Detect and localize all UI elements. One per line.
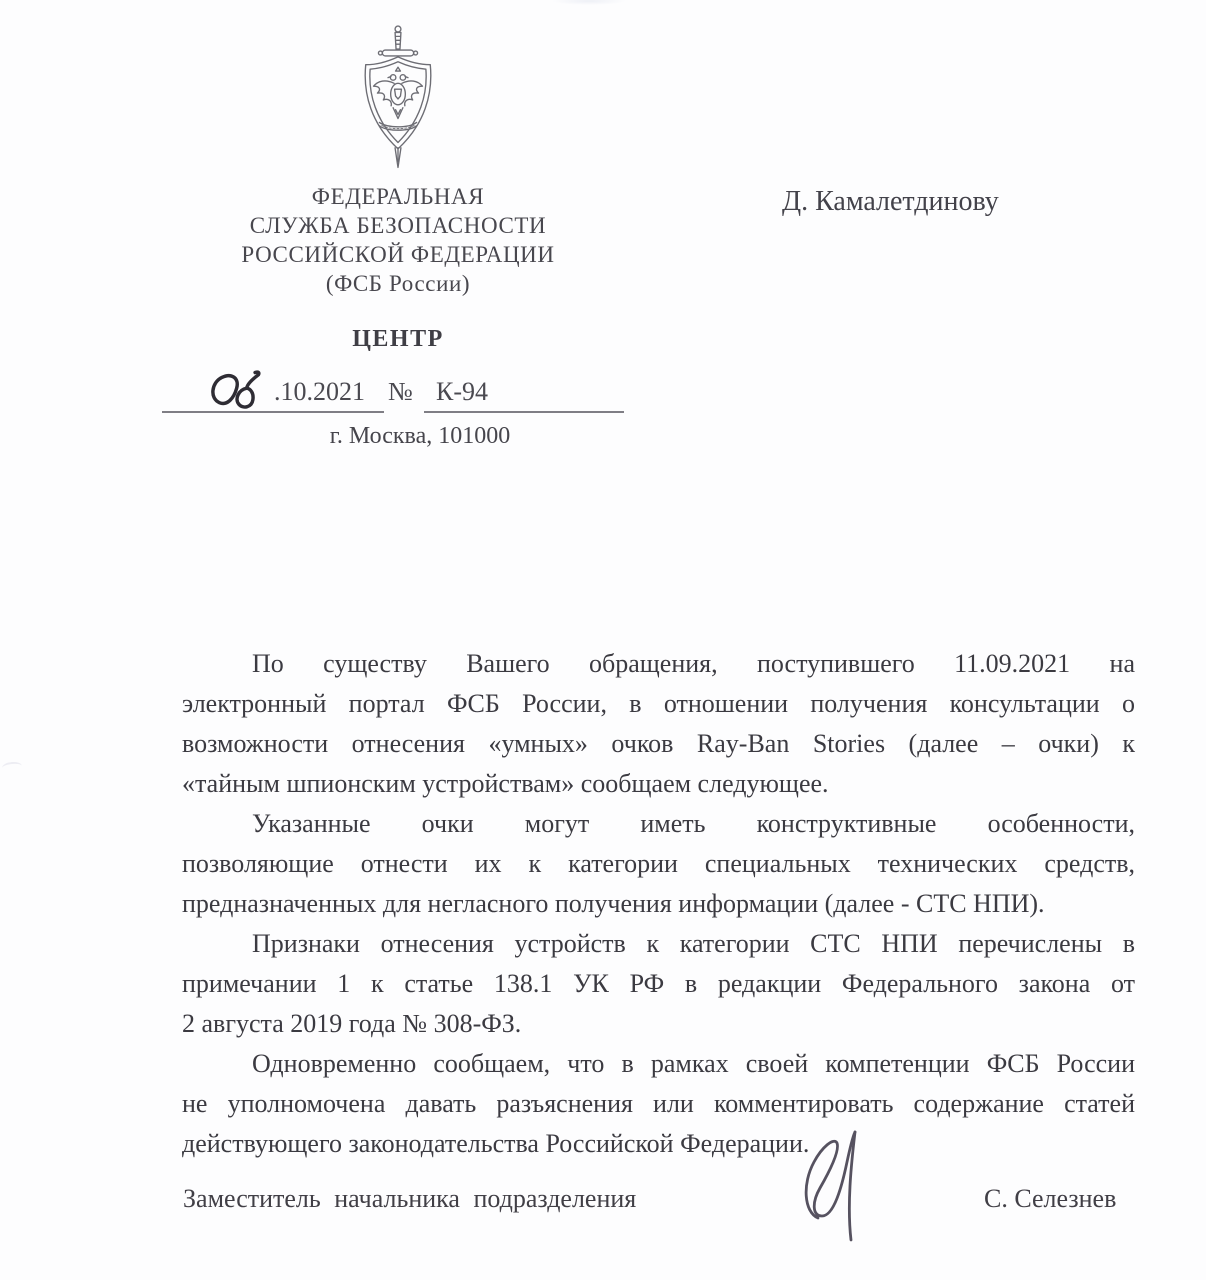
body-line: Признаки отнесения устройств к категории… xyxy=(182,924,1135,964)
body-line: 2 августа 2019 года № 308-ФЗ. xyxy=(182,1004,1135,1044)
letterhead-org-name: ФЕДЕРАЛЬНАЯ СЛУЖБА БЕЗОПАСНОСТИ РОССИЙСК… xyxy=(176,182,620,298)
body-line: Одновременно сообщаем, что в рамках свое… xyxy=(182,1044,1135,1084)
number-sign: № xyxy=(388,377,413,407)
body-line: Указанные очки могут иметь конструктивны… xyxy=(182,804,1135,844)
scanned-letter-page: ФЕДЕРАЛЬНАЯ СЛУЖБА БЕЗОПАСНОСТИ РОССИЙСК… xyxy=(0,0,1206,1280)
signer-name: С. Селезнев xyxy=(984,1184,1116,1214)
number-underline xyxy=(424,411,624,413)
body-line: предназначенных для негласного получения… xyxy=(182,884,1135,924)
scan-artifact xyxy=(552,0,626,5)
body-line: действующего законодательства Российской… xyxy=(182,1124,1135,1164)
division-title: ЦЕНТР xyxy=(176,326,620,353)
date-month-year: .10.2021 xyxy=(274,377,365,407)
handwritten-signature-icon xyxy=(790,1126,890,1251)
org-line: РОССИЙСКОЙ ФЕДЕРАЦИИ xyxy=(176,240,620,269)
scan-artifact xyxy=(2,761,23,773)
org-line: ФЕДЕРАЛЬНАЯ xyxy=(176,182,620,211)
org-line: СЛУЖБА БЕЗОПАСНОСТИ xyxy=(176,211,620,240)
body-line: позволяющие отнести их к категории специ… xyxy=(182,844,1135,884)
org-line: (ФСБ России) xyxy=(176,269,620,298)
body-line: электронный портал ФСБ России, в отношен… xyxy=(182,684,1135,724)
body-line: возможности отнесения «умных» очков Ray-… xyxy=(182,724,1135,764)
body-line: «тайным шпионским устройствам» сообщаем … xyxy=(182,764,1135,804)
reference-number: К-94 xyxy=(436,377,488,407)
letter-body: По существу Вашего обращения, поступивше… xyxy=(182,644,1135,1164)
body-line: По существу Вашего обращения, поступивше… xyxy=(182,644,1135,684)
date-underline xyxy=(162,411,384,413)
signer-title: Заместитель начальника подразделения xyxy=(183,1184,636,1214)
body-line: не уполномочена давать разъяснения или к… xyxy=(182,1084,1135,1124)
fsb-crest-emblem-icon xyxy=(354,22,442,172)
addressee-name: Д. Камалетдинову xyxy=(782,186,999,218)
city-postal-line: г. Москва, 101000 xyxy=(190,423,650,450)
body-line: примечании 1 к статье 138.1 УК РФ в реда… xyxy=(182,964,1135,1004)
